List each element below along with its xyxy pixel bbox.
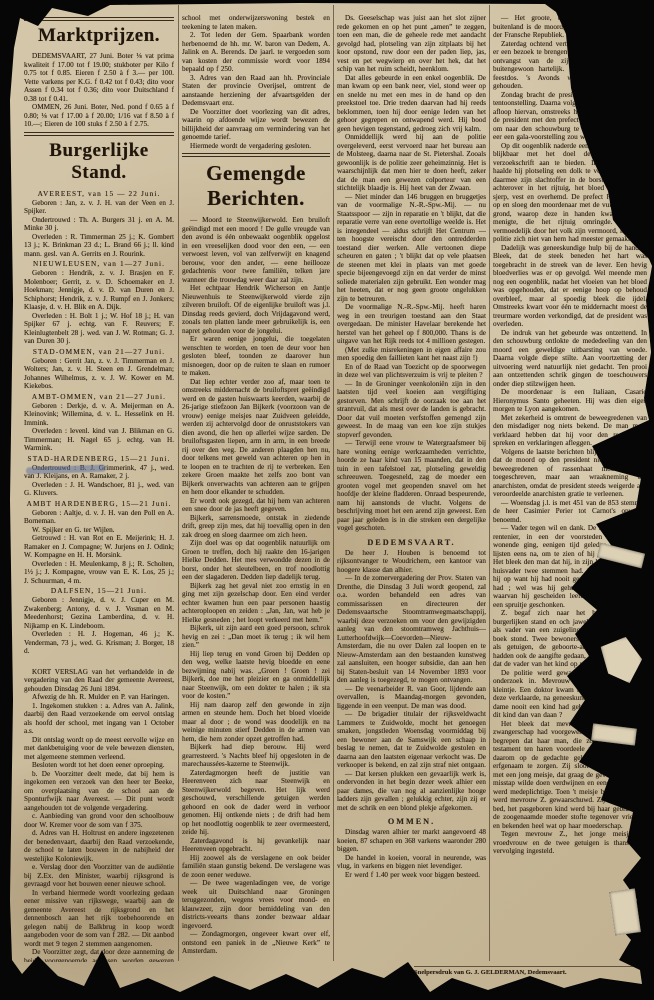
paragraph: Overleden : R. Timmerman 25 j.; K. Gombe… — [24, 233, 174, 259]
spacer — [24, 656, 174, 668]
paragraph: — Dat kersen plukken een gevaarlijk werk… — [337, 770, 486, 813]
section-title: Gemengde Berichten. — [182, 161, 330, 211]
paragraph: Dinsdag waren alhier ter markt aangevoer… — [337, 828, 486, 854]
paragraph: Ds. Geeselschap was juist aan het slot z… — [337, 14, 486, 74]
paragraph: Geboren : Jennigje, d. v. J. Cuper en M.… — [24, 596, 174, 630]
sub-heading: STAD-OMMEN, van 21—27 Juni. — [24, 347, 174, 356]
paragraph: De Voorzitter doet voorlezing van dit ad… — [182, 108, 330, 142]
column-divider-rule — [178, 5, 179, 961]
paragraph: Bijkerk, uit zijn aard een goed persoon,… — [182, 624, 330, 650]
paragraph: DEDEMSVAART, 27 Juni. Boter ⅛ vat prima … — [24, 52, 174, 103]
paragraph: Overleden : H. Meulenkamp, 8 j.; R. Scho… — [24, 560, 174, 586]
sub-heading: OMMEN. — [337, 817, 486, 826]
paragraph: Volgens de laatste berichten blijkt meer… — [493, 448, 647, 499]
paragraph: Met zekerheid is omtrent de beweegredene… — [493, 414, 647, 448]
sub-heading: NIEUWLEUSEN, van 1—27 Juni. — [24, 259, 174, 268]
paragraph: Overleden : H. J. Hogeman, 46 j.; K. Ven… — [24, 630, 174, 656]
paragraph: Geboren : Gerrit Jan, z. v. J. Timmerman… — [24, 357, 174, 391]
paragraph: De handel in koeien, vooral in neurende,… — [337, 854, 486, 871]
paragraph: Overleden : levenl. kind van J. Blikman … — [24, 427, 174, 453]
paragraph: Besloten wordt tot het doen eener oproep… — [24, 761, 174, 770]
paragraph: Het echtpaar Hendrik Wicherson en Jantje… — [182, 284, 330, 335]
scan-background: Marktprijzen.DEDEMSVAART, 27 Juni. Boter… — [0, 0, 654, 1000]
section-title: Marktprijzen. — [24, 25, 174, 47]
sub-heading: AMBT-OMMEN, van 21—27 Juni. — [24, 392, 174, 401]
paragraph: KORT VERSLAG van het verhandelde in de v… — [24, 668, 174, 694]
column-divider-rule — [489, 5, 490, 961]
paragraph: Zaterdag ochtend vertrok Carnot naar Lyo… — [493, 40, 647, 91]
paragraph: De indruk van het gebeurde was ontzetten… — [493, 329, 647, 389]
sub-heading: DEDEMSVAART. — [337, 538, 486, 547]
paragraph: Dadelijk was geneeskundige hulp bij de h… — [493, 244, 647, 329]
sub-heading: STAD-HARDENBERG, 15—21 Juni. — [24, 454, 174, 463]
paragraph: Op dit oogenblik naderde een persoon het… — [493, 142, 647, 244]
torn-paper-shred — [609, 888, 641, 935]
paragraph: De heer J. Houben is benoemd tot rijkson… — [337, 549, 486, 575]
paragraph: In verband hiermede wordt voorlezing ged… — [24, 889, 174, 949]
torn-paper-shred — [600, 635, 647, 688]
sub-heading: AVEREEST, van 15 — 22 Juni. — [24, 189, 174, 198]
paragraph: — Moord te Steenwijkerwold. Een bruiloft… — [182, 216, 330, 284]
paragraph: c. Aanbieding van grond voor den schoolb… — [24, 812, 174, 829]
paragraph: — De brigadier titulair der rijksveldwac… — [337, 710, 486, 770]
paragraph: Hij liep terug en vond Groen bij Dedden … — [182, 650, 330, 701]
paragraph: Bijkerk had diep berouw. Hij werd gearre… — [182, 743, 330, 769]
paragraph: — Woensdag j.l. is met 451 van de 853 st… — [493, 499, 647, 525]
paragraph: 1. Ingekomen stukken : a. Adres van A. J… — [24, 702, 174, 736]
paragraph: d. Adres van H. Holtrust en andere ingez… — [24, 829, 174, 863]
paragraph: Zaterdagmorgen heeft de justitie van Hee… — [182, 769, 330, 837]
paragraph: — In de Groninger veenkoloniën zijn in d… — [337, 380, 486, 440]
paragraph: De Voorzitter zegt, dat door deze aannem… — [24, 948, 174, 962]
paragraph: Er waren eenige jongelui, die toegelaten… — [182, 335, 330, 378]
paragraph: Hiermede wordt de vergadering gesloten. — [182, 142, 330, 151]
paragraph: Geboren : Jan, z. v. J. H. van der Veen … — [24, 199, 174, 216]
paragraph: Afwezig de hh. R. Mulder en P. van Harin… — [24, 693, 174, 702]
paragraph: Er wordt ook gezegd, dat hij hem van ach… — [182, 497, 330, 514]
paragraph: W. Spijker en G. ter Wijlen. — [24, 526, 174, 535]
paragraph: — Het groote, ontzettende nieuws uit het… — [493, 14, 647, 40]
paragraph: Tegen mevrouw Z., het jonge meisje, de v… — [493, 830, 647, 856]
section-title: Burgerlijke Stand. — [24, 140, 174, 184]
paragraph: Onmiddellijk werd hij aan de politie ove… — [337, 133, 486, 193]
paragraph: Hij nam daarop zelf den gewonde in zijn … — [182, 701, 330, 744]
paragraph: 3. Adres van den Raad aan hh. Provincial… — [182, 74, 330, 108]
paragraph: Er werd f 1.40 per week voor biggen best… — [337, 871, 486, 880]
sub-heading: AMBT HARDENBERG, 15—21 Juni. — [24, 499, 174, 508]
torn-paper-shred — [591, 723, 637, 745]
torn-paper-shred — [597, 543, 645, 569]
paragraph: Geboren : Aaltje, d. v. J. H. van den Po… — [24, 509, 174, 526]
paragraph: — De veenarbeider R. van Goor, lijdende … — [337, 685, 486, 711]
paragraph: school met onderwijzerswoning bestek en … — [182, 14, 330, 31]
paragraph: De moordenaar is een Italiaan, Casario H… — [493, 388, 647, 414]
paragraph: Bijkerk zag het geval niet zoo ernstig i… — [182, 582, 330, 625]
paragraph: — Vader tegen wil en dank. De heer Z., e… — [493, 524, 647, 609]
double-rule — [24, 17, 174, 21]
paragraph: — De twee wagenladingen vee, de vorige w… — [182, 879, 330, 930]
paragraph: Hij zoowel als de verslagene en ook beid… — [182, 854, 330, 880]
paragraph: Geboren : Derkje, d. v. A. Meijerman en … — [24, 402, 174, 428]
paragraph: Geboren : Hendrik, z. v. J. Brasjen en F… — [24, 269, 174, 312]
paragraph: Ondertrouwd : Th. A. Burgers 31 j. en A.… — [24, 216, 174, 233]
double-rule — [24, 132, 174, 136]
paragraph: Overleden : H. Bolt 1 j.; W. Hof 18 j.; … — [24, 312, 174, 346]
paragraph: — Niet minder dan 146 bruggen en brugget… — [337, 193, 486, 304]
paragraph: Dat liep echter verder zoo af, maar toen… — [182, 378, 330, 497]
paragraph: — In de zomervergadering der Prov. State… — [337, 574, 486, 685]
column-4: — Het groote, ontzettende nieuws uit het… — [493, 14, 647, 962]
double-rule — [182, 153, 330, 157]
printer-imprint: Snelpersdruk van G. J. GELDERMAN, Dedems… — [414, 966, 646, 977]
sub-heading: DALFSEN, 15—21 Juni. — [24, 586, 174, 595]
paragraph: Dat alles gebeurde in een enkel oogenbli… — [337, 74, 486, 134]
column-3: Ds. Geeselschap was juist aan het slot z… — [337, 14, 486, 962]
paragraph: Bijkerk, sarrensmoede, ontstak in zieden… — [182, 514, 330, 540]
paragraph: En of de Raad van Toezicht op de spoorwe… — [337, 363, 486, 380]
paragraph: (Met zulke misrekeningen in eigen affair… — [337, 346, 486, 363]
paragraph: — Terwijl eene vrouw te Watergraafsmeer … — [337, 439, 486, 533]
column-divider-rule — [333, 5, 334, 961]
paragraph: Zaterdagavond is hij gevankelijk naar He… — [182, 837, 330, 854]
paragraph: OMMEN, 26 Juni. Boter, Ned. pond f 0.65 … — [24, 103, 174, 129]
paragraph: e. Verslag door den Voorzitter van de au… — [24, 863, 174, 889]
paragraph: De voormalige N.-R.-Spw.-Mij. heeft hare… — [337, 303, 486, 346]
column-1: Marktprijzen.DEDEMSVAART, 27 Juni. Boter… — [24, 14, 174, 962]
paragraph: — Zondagmorgen, ongeveer kwart over elf,… — [182, 930, 330, 956]
paragraph: Zijn doel was op dat oogenblik natuurlij… — [182, 539, 330, 582]
newspaper-page: Marktprijzen.DEDEMSVAART, 27 Juni. Boter… — [0, 0, 654, 1000]
paragraph: b. De Voorzitter deelt mede, dat bij hem… — [24, 770, 174, 813]
paragraph: Getrouwd : H. van Rot en E. Meijerink; H… — [24, 534, 174, 560]
paragraph: Dit ontslag wordt op de meest eervolle w… — [24, 736, 174, 762]
paragraph: Zondag bracht de president een bezoek aa… — [493, 91, 647, 142]
paragraph: Overleden : J. H. Wandschoer, 81 j., wed… — [24, 481, 174, 498]
paragraph: 2. Tot leden der Gem. Spaarbank worden h… — [182, 31, 330, 74]
column-2: school met onderwijzerswoning bestek en … — [182, 14, 330, 962]
